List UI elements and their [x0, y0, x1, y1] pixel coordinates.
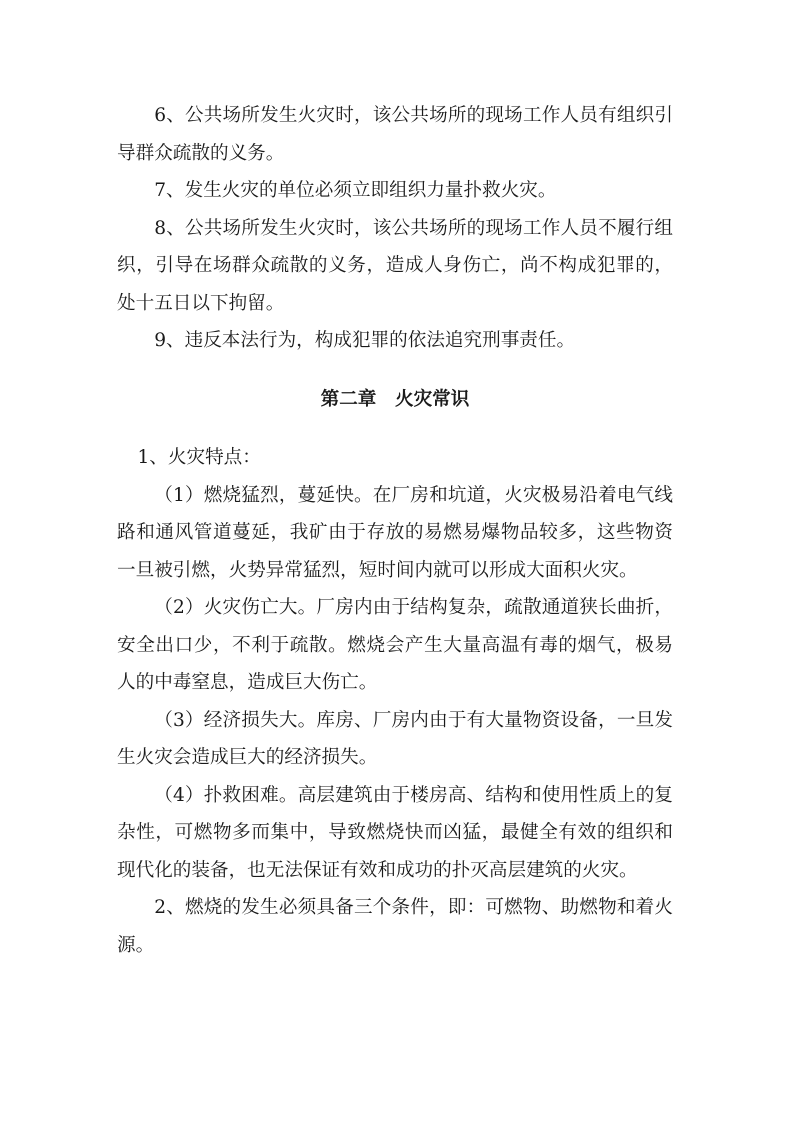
- paragraph-item-8: 8、公共场所发生火灾时，该公共场所的现场工作人员不履行组织，引导在场群众疏散的义…: [117, 210, 673, 323]
- paragraph-item-7: 7、发生火灾的单位必须立即组织力量扑救火灾。: [117, 172, 673, 210]
- paragraph-combustion-conditions: 2、燃烧的发生必须具备三个条件，即：可燃物、助燃物和着火源。: [117, 889, 673, 964]
- paragraph-point-3: （3）经济损失大。库房、厂房内由于有大量物资设备，一旦发生火灾会造成巨大的经济损…: [117, 702, 673, 777]
- paragraph-point-4: （4）扑救困难。高层建筑由于楼房高、结构和使用性质上的复杂性，可燃物多而集中，导…: [117, 777, 673, 890]
- document-page: 6、公共场所发生火灾时，该公共场所的现场工作人员有组织引导群众疏散的义务。 7、…: [117, 97, 673, 964]
- paragraph-point-2: （2）火灾伤亡大。厂房内由于结构复杂，疏散通道狭长曲折，安全出口少，不利于疏散。…: [117, 589, 673, 702]
- paragraph-item-9: 9、违反本法行为，构成犯罪的依法追究刑事责任。: [117, 322, 673, 360]
- chapter-title: 第二章 火灾常识: [117, 381, 673, 419]
- section-heading-fire-characteristics: 1、火灾特点：: [117, 439, 673, 477]
- paragraph-item-6: 6、公共场所发生火灾时，该公共场所的现场工作人员有组织引导群众疏散的义务。: [117, 97, 673, 172]
- paragraph-point-1: （1）燃烧猛烈，蔓延快。在厂房和坑道，火灾极易沿着电气线路和通风管道蔓延，我矿由…: [117, 477, 673, 590]
